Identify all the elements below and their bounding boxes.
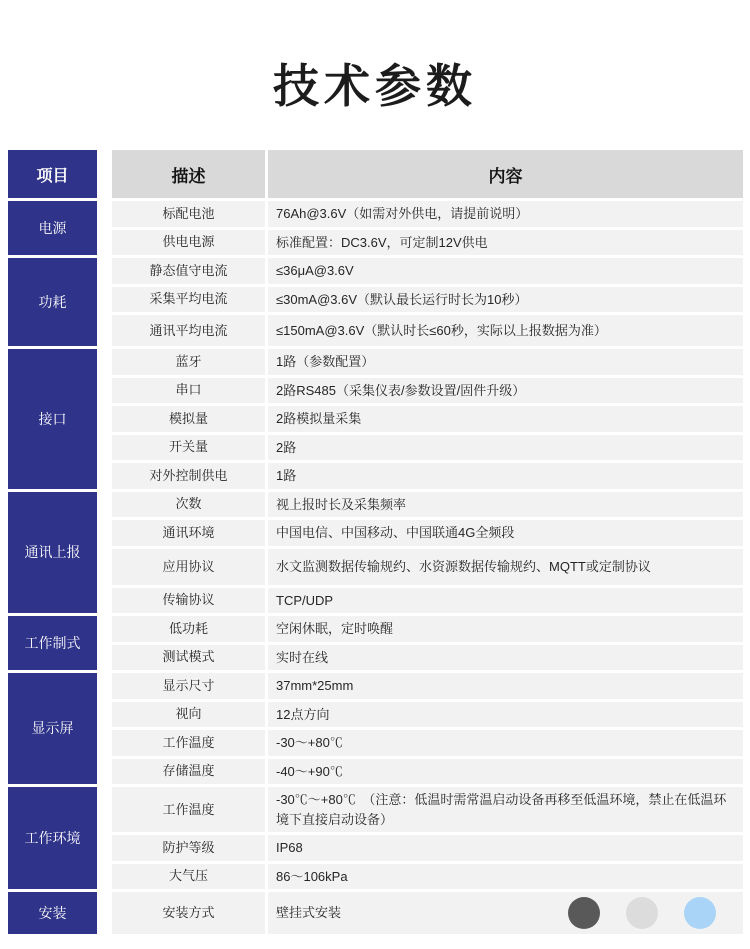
content-cell: 86～106kPa [265, 864, 743, 890]
spec-group: 工作环境工作温度-30℃～+80℃ （注意：低温时需常温启动设备再移至低温环境，… [8, 787, 743, 889]
description-cell: 通讯平均电流 [112, 315, 265, 346]
description-cell: 次数 [112, 492, 265, 518]
spec-group: 显示屏显示尺寸37mm*25mm视向12点方向工作温度-30～+80℃存储温度-… [8, 673, 743, 784]
table-row: 工作温度-30～+80℃ [112, 730, 743, 756]
table-row: 蓝牙1路（参数配置） [112, 349, 743, 375]
description-cell: 供电电源 [112, 230, 265, 256]
content-cell: ≤150mA@3.6V（默认时长≤60秒，实际以上报数据为准） [265, 315, 743, 346]
table-row: 低功耗空闲休眠，定时唤醒 [112, 616, 743, 642]
content-cell: 12点方向 [265, 702, 743, 728]
content-cell: IP68 [265, 835, 743, 861]
description-cell: 采集平均电流 [112, 287, 265, 313]
content-cell: 1路 [265, 463, 743, 489]
spec-group: 通讯上报次数视上报时长及采集频率通讯环境中国电信、中国移动、中国联通4G全频段应… [8, 492, 743, 614]
dot-light-blue[interactable] [684, 897, 716, 929]
content-cell: 2路RS485（采集仪表/参数设置/固件升级） [265, 378, 743, 404]
table-row: 静态值守电流≤36μA@3.6V [112, 258, 743, 284]
table-header-row: 项目 描述 内容 [8, 150, 743, 198]
column-header-content: 内容 [265, 150, 743, 198]
table-row: 采集平均电流≤30mA@3.6V（默认最长运行时长为10秒） [112, 287, 743, 313]
content-cell: -30℃～+80℃ （注意：低温时需常温启动设备再移至低温环境，禁止在低温环境下… [265, 787, 743, 832]
description-cell: 显示尺寸 [112, 673, 265, 699]
table-header-right: 描述 内容 [112, 150, 743, 198]
content-cell: TCP/UDP [265, 588, 743, 614]
table-row: 供电电源标准配置：DC3.6V，可定制12V供电 [112, 230, 743, 256]
column-header-item: 项目 [8, 150, 97, 198]
table-row: 大气压86～106kPa [112, 864, 743, 890]
group-label: 显示屏 [8, 673, 97, 784]
group-label: 工作环境 [8, 787, 97, 889]
dot-dark-gray[interactable] [568, 897, 600, 929]
table-body: 电源标配电池76Ah@3.6V（如需对外供电，请提前说明）供电电源标准配置：DC… [8, 201, 743, 934]
group-rows: 静态值守电流≤36μA@3.6V采集平均电流≤30mA@3.6V（默认最长运行时… [112, 258, 743, 346]
description-cell: 低功耗 [112, 616, 265, 642]
content-cell: 视上报时长及采集频率 [265, 492, 743, 518]
table-row: 标配电池76Ah@3.6V（如需对外供电，请提前说明） [112, 201, 743, 227]
description-cell: 对外控制供电 [112, 463, 265, 489]
description-cell: 通讯环境 [112, 520, 265, 546]
table-row: 显示尺寸37mm*25mm [112, 673, 743, 699]
description-cell: 静态值守电流 [112, 258, 265, 284]
content-cell: 2路 [265, 435, 743, 461]
group-rows: 蓝牙1路（参数配置）串口2路RS485（采集仪表/参数设置/固件升级）模拟量2路… [112, 349, 743, 489]
description-cell: 测试模式 [112, 645, 265, 671]
pagination-dots [568, 897, 716, 929]
description-cell: 工作温度 [112, 787, 265, 832]
description-cell: 大气压 [112, 864, 265, 890]
table-row: 测试模式实时在线 [112, 645, 743, 671]
spec-sheet-page: 技术参数 项目 描述 内容 电源标配电池76Ah@3.6V（如需对外供电，请提前… [0, 0, 750, 949]
description-cell: 工作温度 [112, 730, 265, 756]
description-cell: 蓝牙 [112, 349, 265, 375]
spec-group: 电源标配电池76Ah@3.6V（如需对外供电，请提前说明）供电电源标准配置：DC… [8, 201, 743, 255]
description-cell: 模拟量 [112, 406, 265, 432]
table-row: 传输协议TCP/UDP [112, 588, 743, 614]
group-rows: 次数视上报时长及采集频率通讯环境中国电信、中国移动、中国联通4G全频段应用协议水… [112, 492, 743, 614]
content-cell: ≤36μA@3.6V [265, 258, 743, 284]
table-row: 次数视上报时长及采集频率 [112, 492, 743, 518]
content-cell: -30～+80℃ [265, 730, 743, 756]
content-cell: 2路模拟量采集 [265, 406, 743, 432]
group-label: 电源 [8, 201, 97, 255]
group-label: 安装 [8, 892, 97, 934]
description-cell: 开关量 [112, 435, 265, 461]
spec-table: 项目 描述 内容 电源标配电池76Ah@3.6V（如需对外供电，请提前说明）供电… [8, 150, 743, 937]
description-cell: 视向 [112, 702, 265, 728]
content-cell: -40～+90℃ [265, 759, 743, 785]
table-row: 防护等级IP68 [112, 835, 743, 861]
group-label: 接口 [8, 349, 97, 489]
content-cell: ≤30mA@3.6V（默认最长运行时长为10秒） [265, 287, 743, 313]
group-rows: 工作温度-30℃～+80℃ （注意：低温时需常温启动设备再移至低温环境，禁止在低… [112, 787, 743, 889]
content-cell: 37mm*25mm [265, 673, 743, 699]
group-rows: 显示尺寸37mm*25mm视向12点方向工作温度-30～+80℃存储温度-40～… [112, 673, 743, 784]
content-cell: 水文监测数据传输规约、水资源数据传输规约、MQTT或定制协议 [265, 549, 743, 585]
table-row: 通讯平均电流≤150mA@3.6V（默认时长≤60秒，实际以上报数据为准） [112, 315, 743, 346]
page-title: 技术参数 [0, 50, 750, 116]
table-row: 存储温度-40～+90℃ [112, 759, 743, 785]
description-cell: 安装方式 [112, 892, 265, 934]
table-row: 应用协议水文监测数据传输规约、水资源数据传输规约、MQTT或定制协议 [112, 549, 743, 585]
content-cell: 1路（参数配置） [265, 349, 743, 375]
group-rows: 标配电池76Ah@3.6V（如需对外供电，请提前说明）供电电源标准配置：DC3.… [112, 201, 743, 255]
content-cell: 中国电信、中国移动、中国联通4G全频段 [265, 520, 743, 546]
table-row: 工作温度-30℃～+80℃ （注意：低温时需常温启动设备再移至低温环境，禁止在低… [112, 787, 743, 832]
dot-light-gray[interactable] [626, 897, 658, 929]
group-label: 功耗 [8, 258, 97, 346]
table-row: 通讯环境中国电信、中国移动、中国联通4G全频段 [112, 520, 743, 546]
group-label: 通讯上报 [8, 492, 97, 614]
spec-group: 接口蓝牙1路（参数配置）串口2路RS485（采集仪表/参数设置/固件升级）模拟量… [8, 349, 743, 489]
group-label: 工作制式 [8, 616, 97, 670]
description-cell: 标配电池 [112, 201, 265, 227]
group-rows: 低功耗空闲休眠，定时唤醒测试模式实时在线 [112, 616, 743, 670]
content-cell: 空闲休眠，定时唤醒 [265, 616, 743, 642]
spec-group: 工作制式低功耗空闲休眠，定时唤醒测试模式实时在线 [8, 616, 743, 670]
content-cell: 76Ah@3.6V（如需对外供电，请提前说明） [265, 201, 743, 227]
table-row: 串口2路RS485（采集仪表/参数设置/固件升级） [112, 378, 743, 404]
description-cell: 应用协议 [112, 549, 265, 585]
description-cell: 串口 [112, 378, 265, 404]
table-row: 模拟量2路模拟量采集 [112, 406, 743, 432]
description-cell: 存储温度 [112, 759, 265, 785]
spec-group: 功耗静态值守电流≤36μA@3.6V采集平均电流≤30mA@3.6V（默认最长运… [8, 258, 743, 346]
content-cell: 标准配置：DC3.6V，可定制12V供电 [265, 230, 743, 256]
description-cell: 防护等级 [112, 835, 265, 861]
table-row: 开关量2路 [112, 435, 743, 461]
content-cell: 实时在线 [265, 645, 743, 671]
table-row: 视向12点方向 [112, 702, 743, 728]
column-header-description: 描述 [112, 150, 265, 198]
description-cell: 传输协议 [112, 588, 265, 614]
table-row: 对外控制供电1路 [112, 463, 743, 489]
